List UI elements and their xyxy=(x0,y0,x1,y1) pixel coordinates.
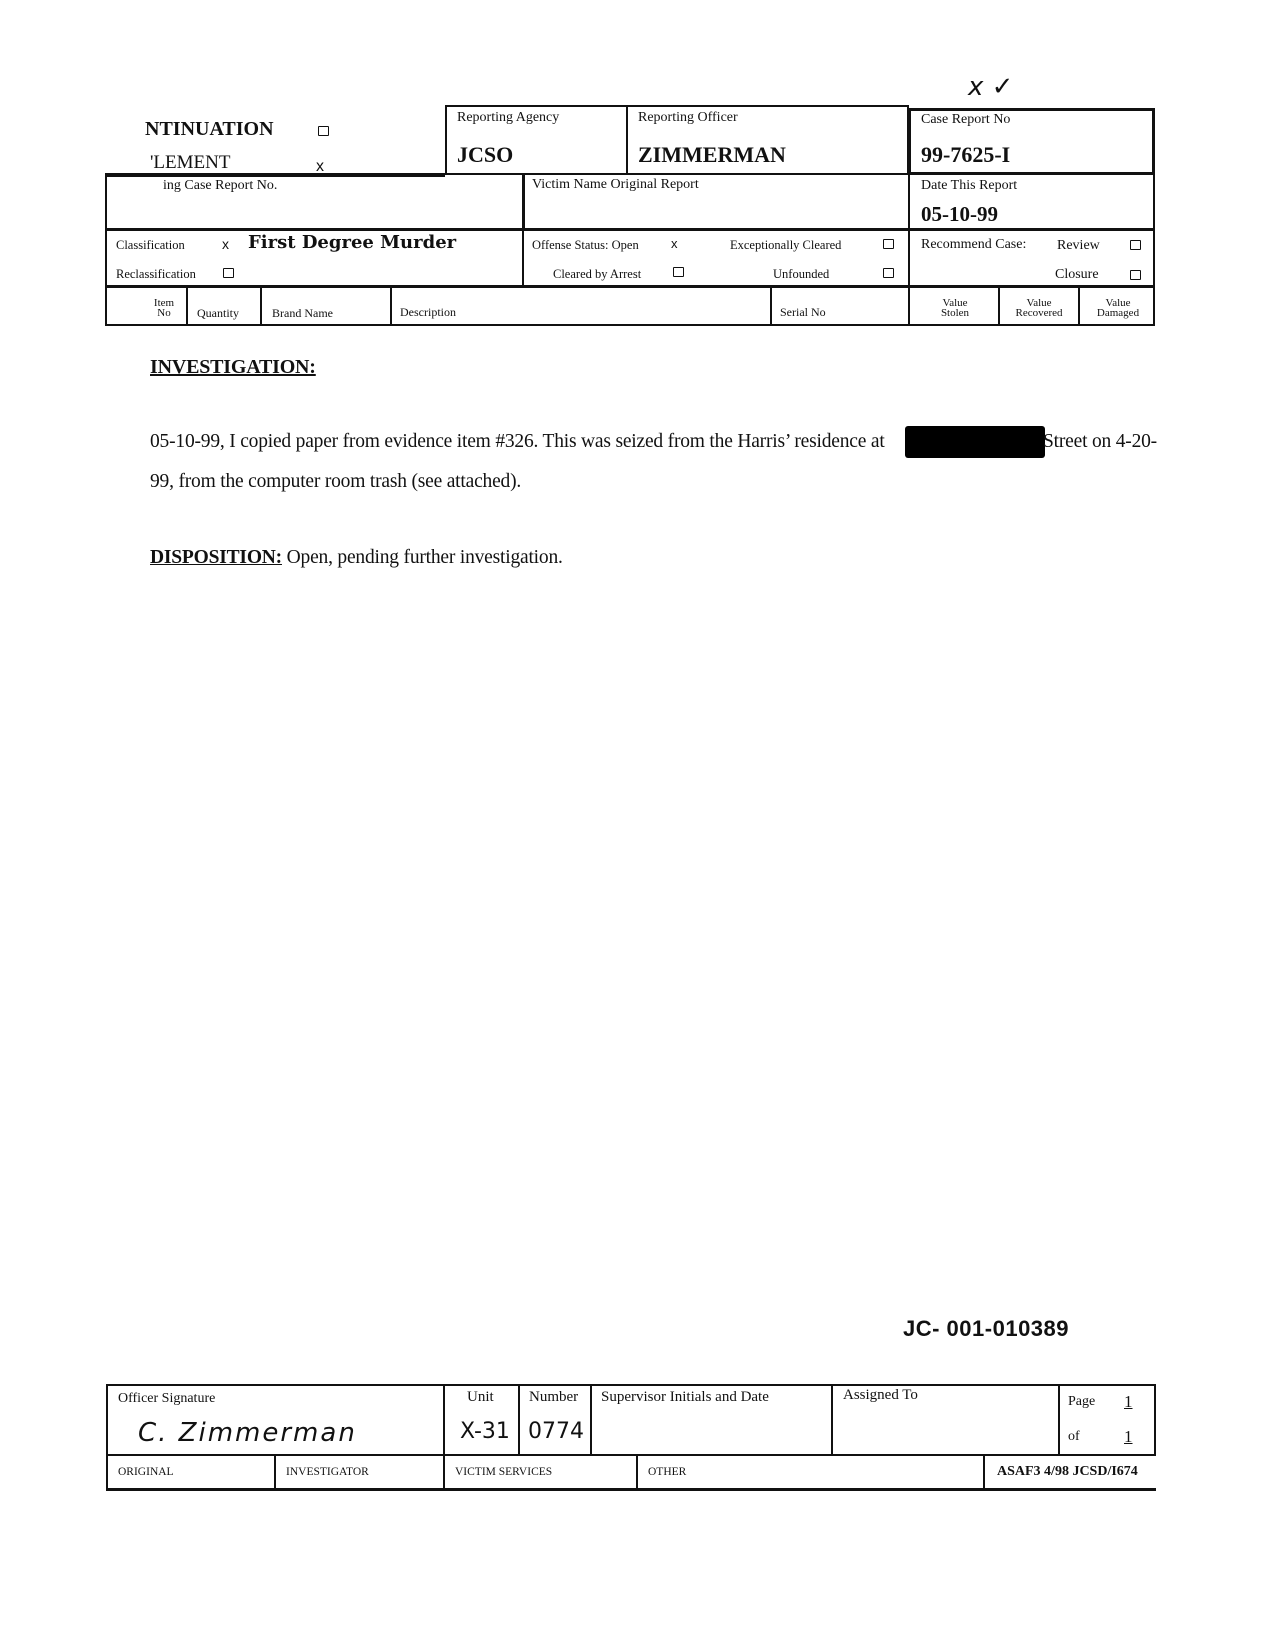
reclassification-label: Reclassification xyxy=(116,267,196,282)
officer-signature-label: Officer Signature xyxy=(118,1391,215,1407)
exceptionally-cleared-label: Exceptionally Cleared xyxy=(730,238,841,253)
assigned-to-label: Assigned To xyxy=(843,1387,918,1404)
offense-status-label: Offense Status: Open xyxy=(532,238,639,253)
of-label: of xyxy=(1068,1429,1080,1445)
supplement-label: 'LEMENT xyxy=(150,152,230,174)
cleared-by-arrest-label: Cleared by Arrest xyxy=(553,267,641,282)
investigation-heading: INVESTIGATION: xyxy=(150,356,316,379)
col-quantity: Quantity xyxy=(197,306,239,321)
closure-label: Closure xyxy=(1055,267,1099,283)
continuation-label: NTINUATION xyxy=(145,118,274,141)
disposition-heading: DISPOSITION: xyxy=(150,547,282,568)
recommend-case-label: Recommend Case: xyxy=(921,237,1026,253)
page-value: 1 xyxy=(1124,1392,1133,1412)
review-checkbox[interactable] xyxy=(1130,240,1141,250)
number-value: 0774 xyxy=(528,1419,584,1444)
closure-checkbox[interactable] xyxy=(1130,270,1141,280)
col-value-recovered: Value Recovered xyxy=(1008,298,1070,318)
reporting-officer-label: Reporting Officer xyxy=(638,110,738,126)
form-id: ASAF3 4/98 JCSD/I674 xyxy=(997,1464,1138,1480)
officer-signature: C. Zimmerman xyxy=(138,1418,357,1448)
unit-value: X-31 xyxy=(460,1419,510,1444)
disposition-line: DISPOSITION: Open, pending further inves… xyxy=(150,547,563,569)
date-this-report-label: Date This Report xyxy=(921,178,1017,194)
number-label: Number xyxy=(529,1389,578,1406)
reporting-agency-value: JCSO xyxy=(457,142,513,168)
unfounded-checkbox[interactable] xyxy=(883,268,894,278)
continuation-checkbox[interactable] xyxy=(318,126,329,136)
narrative-line-1: 05-10-99, I copied paper from evidence i… xyxy=(150,431,885,453)
cleared-by-arrest-checkbox[interactable] xyxy=(673,267,684,277)
distribution-investigator: INVESTIGATOR xyxy=(286,1466,369,1478)
classification-mark: x xyxy=(222,236,229,252)
col-item-no: Item No xyxy=(153,298,175,318)
victim-name-label: Victim Name Original Report xyxy=(532,177,699,193)
col-value-damaged: Value Damaged xyxy=(1088,298,1148,318)
reporting-agency-label: Reporting Agency xyxy=(457,110,559,126)
supervisor-initials-label: Supervisor Initials and Date xyxy=(601,1389,769,1406)
redaction-block xyxy=(905,426,1045,458)
unit-label: Unit xyxy=(467,1389,494,1406)
distribution-victim-services: VICTIM SERVICES xyxy=(455,1466,552,1478)
case-report-no-value: 99-7625-I xyxy=(921,142,1010,168)
exceptionally-cleared-checkbox[interactable] xyxy=(883,239,894,249)
col-description: Description xyxy=(400,305,456,320)
col-brand-name: Brand Name xyxy=(272,306,333,321)
reclassification-checkbox[interactable] xyxy=(223,268,234,278)
narrative-line-2: 99, from the computer room trash (see at… xyxy=(150,471,521,493)
disposition-text: Open, pending further investigation. xyxy=(282,547,563,568)
distribution-original: ORIGINAL xyxy=(118,1466,174,1478)
date-this-report-value: 05-10-99 xyxy=(921,202,998,227)
col-value-stolen: Value Stolen xyxy=(935,298,975,318)
unfounded-label: Unfounded xyxy=(773,267,829,282)
page-label: Page xyxy=(1068,1394,1095,1410)
open-mark: x xyxy=(671,236,678,251)
distribution-other: OTHER xyxy=(648,1466,686,1478)
reporting-officer-value: ZIMMERMAN xyxy=(638,142,786,168)
handwritten-check-marks: x ✓ xyxy=(968,72,1013,102)
classification-label: Classification xyxy=(116,238,185,253)
of-value: 1 xyxy=(1124,1427,1133,1447)
bates-number: JC- 001-010389 xyxy=(903,1316,1069,1342)
col-serial-no: Serial No xyxy=(780,305,826,320)
case-report-no-label: Case Report No xyxy=(921,112,1010,128)
classification-value: First Degree Murder xyxy=(248,232,456,253)
originating-case-label: ing Case Report No. xyxy=(163,178,277,194)
review-label: Review xyxy=(1057,238,1100,254)
narrative-line-1-continued: Street on 4-20- xyxy=(1043,431,1157,453)
